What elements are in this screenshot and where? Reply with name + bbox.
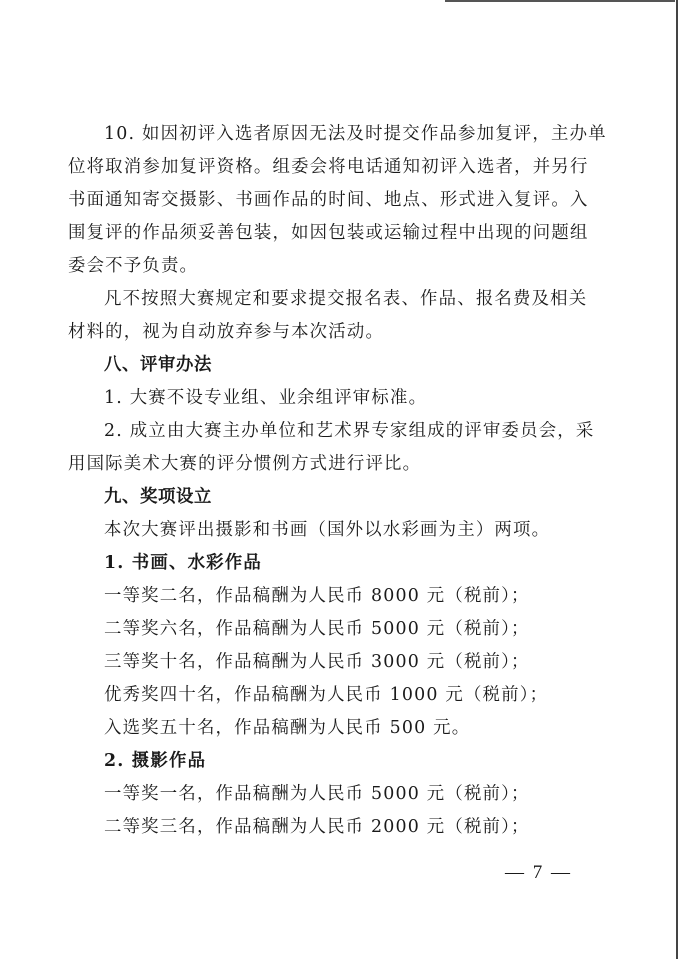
subheading-photography: 2. 摄影作品 [68,745,613,778]
paragraph-line: 位将取消参加复评资格。组委会将电话通知初评入选者，并另行 [68,151,613,184]
paragraph-line: 1. 大赛不设专业组、业余组评审标准。 [68,382,613,415]
scan-edge-right [676,0,678,959]
paragraph-line: 2. 成立由大赛主办单位和艺术界专家组成的评审委员会，采 [68,415,613,448]
award-line: 优秀奖四十名，作品稿酬为人民币 1000 元（税前）； [68,679,613,712]
subheading-painting-watercolor: 1. 书画、水彩作品 [68,547,613,580]
award-line: 入选奖五十名，作品稿酬为人民币 500 元。 [68,712,613,745]
award-line: 二等奖六名，作品稿酬为人民币 5000 元（税前）； [68,613,613,646]
paragraph-line: 材料的，视为自动放弃参与本次活动。 [68,316,613,349]
paragraph-line: 书面通知寄交摄影、书画作品的时间、地点、形式进入复评。入 [68,184,613,217]
section-heading-review-method: 八、评审办法 [68,349,613,382]
scan-edge-top [445,0,675,2]
paragraph-line: 委会不予负责。 [68,250,613,283]
award-line: 二等奖三名，作品稿酬为人民币 2000 元（税前）； [68,811,613,844]
paragraph-line: 10. 如因初评入选者原因无法及时提交作品参加复评，主办单 [68,118,613,151]
paragraph-line: 凡不按照大赛规定和要求提交报名表、作品、报名费及相关 [68,283,613,316]
award-line: 三等奖十名，作品稿酬为人民币 3000 元（税前）； [68,646,613,679]
page-number: — 7 — [505,862,572,884]
paragraph-line: 围复评的作品须妥善包装，如因包装或运输过程中出现的问题组 [68,217,613,250]
document-body: 10. 如因初评入选者原因无法及时提交作品参加复评，主办单 位将取消参加复评资格… [68,118,613,844]
paragraph-line: 用国际美术大赛的评分惯例方式进行评比。 [68,448,613,481]
document-page: 10. 如因初评入选者原因无法及时提交作品参加复评，主办单 位将取消参加复评资格… [0,0,680,959]
section-heading-awards: 九、奖项设立 [68,481,613,514]
paragraph-line: 本次大赛评出摄影和书画（国外以水彩画为主）两项。 [68,514,613,547]
award-line: 一等奖二名，作品稿酬为人民币 8000 元（税前）； [68,580,613,613]
award-line: 一等奖一名，作品稿酬为人民币 5000 元（税前）； [68,778,613,811]
